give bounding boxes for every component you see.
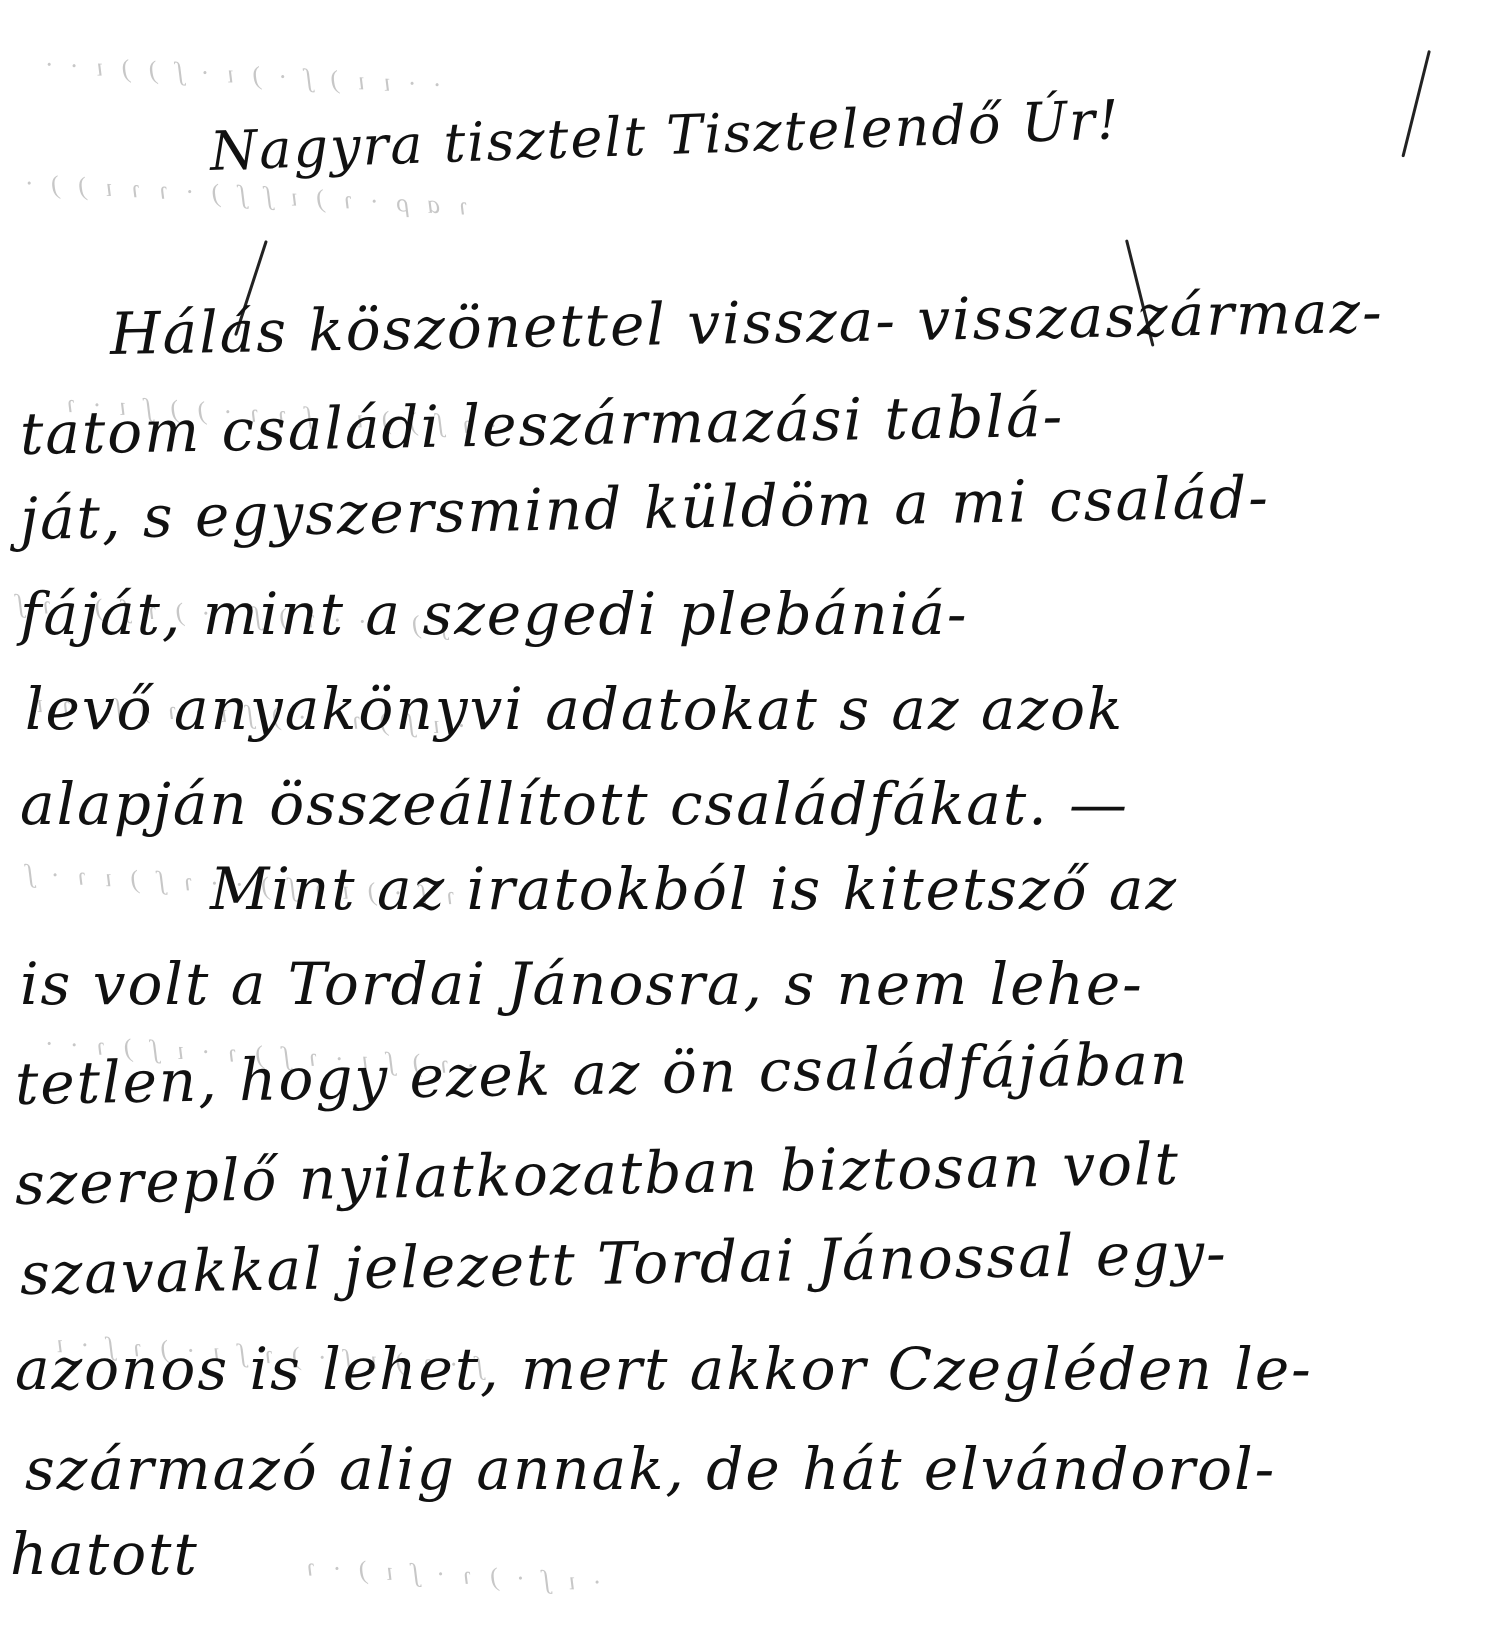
- letter-line-14: hatott: [10, 1520, 199, 1588]
- letter-line-6: alapján összeállított családfákat. —: [20, 770, 1129, 838]
- salutation: Nagyra tisztelt Tisztelendő Úr!: [209, 88, 1122, 183]
- letter-line-4: fáját, mint a szegedi plebániá-: [20, 580, 968, 648]
- letter-line-1: Hálás köszönettel vissza- visszaszármaz-: [109, 278, 1384, 368]
- letter-line-13: származó alig annak, de hát elvándorol-: [25, 1435, 1276, 1503]
- bleed-through-text: · · ı ı ) ʃ · ) ı · ʃ ) ) ı · ·: [39, 50, 441, 101]
- letter-line-7: Mint az iratokból is kitetsző az: [210, 855, 1178, 923]
- bleed-through-text: · ı ʃ · ) ɿ · ʃ ı ) · ɿ: [299, 1552, 601, 1598]
- pen-stroke: [1401, 50, 1431, 157]
- letter-line-10: szereplő nyilatkozatban biztosan volt: [14, 1130, 1180, 1218]
- letter-line-11: szavakkal jelezett Tordai Jánossal egy-: [19, 1219, 1228, 1308]
- letter-page: · · ı ı ) ʃ · ) ı · ʃ ) ) ı · · ɿ a ρ · …: [0, 0, 1504, 1633]
- letter-line-5: levő anyakönyvi adatokat s az azok: [25, 675, 1124, 743]
- letter-line-12: azonos is lehet, mert akkor Czegléden le…: [15, 1335, 1313, 1403]
- letter-line-3: ját, s egyszersmind küldöm a mi család-: [19, 463, 1270, 553]
- letter-line-8: is volt a Tordai Jánosra, s nem lehe-: [20, 950, 1144, 1018]
